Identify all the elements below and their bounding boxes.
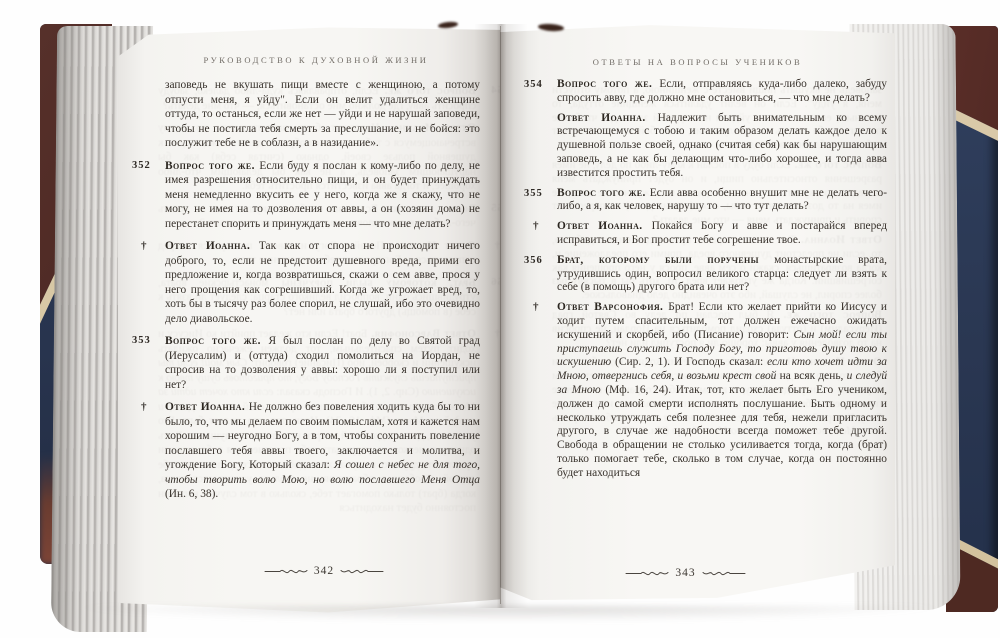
page-footer-left: 342 [118, 565, 500, 577]
section-number: 356 [524, 254, 552, 268]
text-section: 354Вопрос того же. Если, отправляясь куд… [557, 78, 887, 106]
section-label: Вопрос того же. [165, 160, 259, 172]
section-number: 353 [132, 334, 160, 349]
section-text: заповедь не вкушать пищи вместе с женщин… [165, 79, 480, 149]
text-section: †Ответ Иоанна. Не должно без повеления х… [165, 400, 480, 502]
flourish-icon [264, 567, 308, 576]
section-label: Вопрос того же. [165, 335, 268, 347]
section-label: Ответ Варсонофия. [557, 301, 668, 313]
section-text: (Сир. 2, 1). И Господь сказал: [611, 356, 767, 368]
page-right: заповедь не вкушать пищи вместе с женщин… [500, 24, 895, 606]
page-footer-right: 343 [500, 567, 895, 579]
section-text: на всяк день, [776, 370, 846, 382]
page-left-text: заповедь не вкушать пищи вместе с женщин… [165, 78, 480, 510]
section-label: Вопрос того же. [557, 78, 659, 90]
section-label: Вопрос того же. [557, 187, 650, 199]
running-head-right: ОТВЕТЫ НА ВОПРОСЫ УЧЕНИКОВ [500, 57, 895, 67]
text-section: 356Брат, которому были поручены монастыр… [557, 254, 887, 295]
answer-cross-marker: † [141, 400, 169, 415]
section-text: (Мф. 16, 24). Итак, тот, кто желает быть… [557, 384, 887, 479]
text-section: 352Вопрос того же. Если буду я послан к … [165, 159, 480, 232]
section-number: 355 [524, 187, 552, 201]
text-section: 353Вопрос того же. Я был послан по делу … [165, 334, 480, 392]
open-book-photo: 354Вопрос того же. Если, отправляясь куд… [0, 0, 1000, 638]
page-number: 343 [675, 567, 695, 579]
text-section: †Ответ Иоанна. Покайся Богу и авве и пос… [557, 220, 887, 248]
book-shadow [70, 606, 950, 622]
section-text: (Ин. 6, 38). [165, 488, 218, 500]
section-label: Брат, которому были поручены [557, 254, 774, 266]
section-label: Ответ Иоанна. [165, 401, 249, 413]
section-text: Так как от спора не происходит ничего до… [165, 240, 480, 325]
answer-cross-marker: † [533, 220, 561, 234]
running-head-left: РУКОВОДСТВО К ДУХОВНОЙ ЖИЗНИ [118, 55, 500, 65]
text-section: †Ответ Иоанна. Так как от спора не проис… [165, 239, 480, 326]
section-number: 352 [132, 159, 160, 174]
page-right-text: 354Вопрос того же. Если, отправляясь куд… [557, 78, 887, 487]
section-number: 354 [524, 78, 552, 92]
gutter-line [500, 26, 501, 604]
flourish-icon [340, 567, 384, 576]
text-section: 355Вопрос того же. Если авва особенно вн… [557, 187, 887, 215]
answer-cross-marker: † [141, 239, 169, 254]
section-label: Ответ Иоанна. [165, 240, 259, 252]
text-section: Ответ Иоанна. Надлежит быть внимательным… [557, 112, 887, 181]
flourish-icon [625, 569, 669, 578]
spine-headband [438, 21, 459, 29]
answer-cross-marker: † [533, 301, 561, 315]
flourish-icon [702, 569, 746, 578]
text-section: †Ответ Варсонофия. Брат! Если кто желает… [557, 301, 887, 480]
section-label: Ответ Иоанна. [557, 112, 658, 124]
page-left: 354Вопрос того же. Если, отправляясь куд… [118, 24, 500, 616]
page-number: 342 [314, 565, 334, 577]
text-section: заповедь не вкушать пищи вместе с женщин… [165, 78, 480, 151]
section-label: Ответ Иоанна. [557, 220, 652, 232]
